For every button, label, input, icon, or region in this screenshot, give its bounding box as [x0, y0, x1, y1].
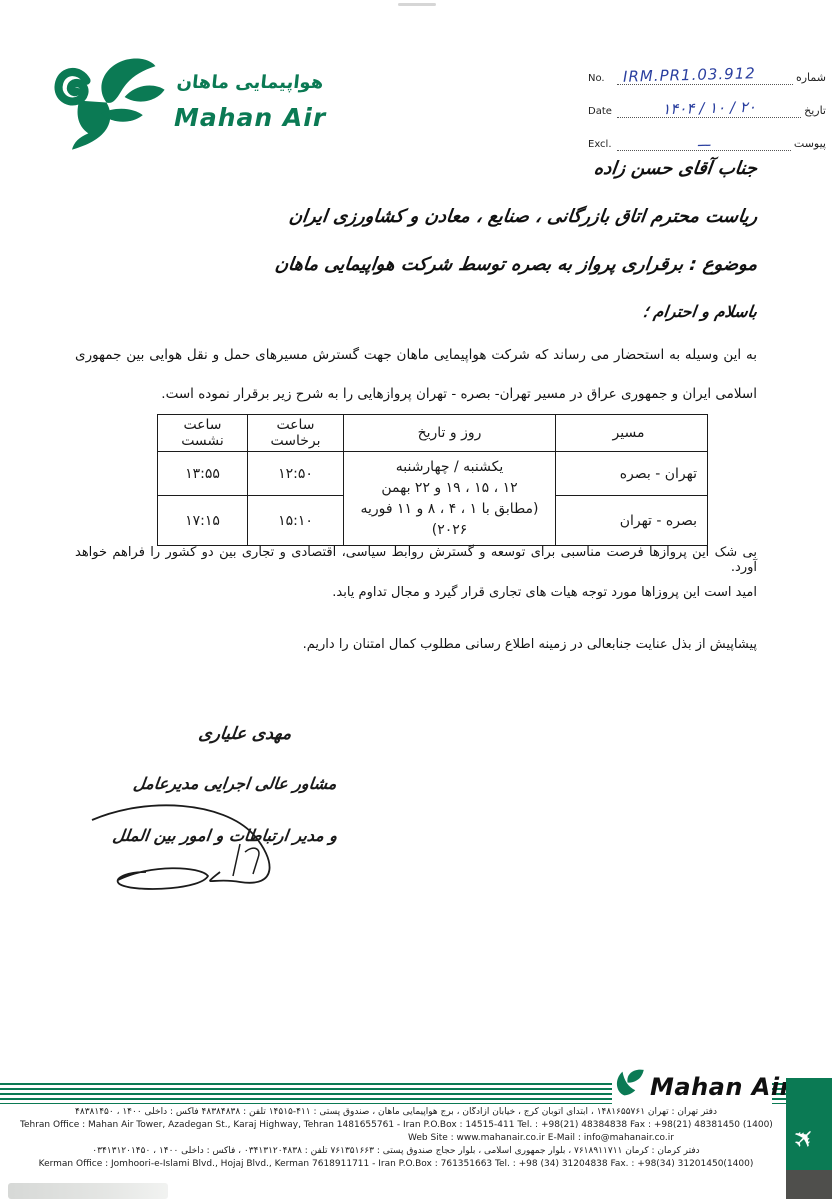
ref-date-line: ۲۰ / ۱۰ / ۱۴۰۴ [617, 98, 801, 118]
day-date-line: (مطابق با ۱ ، ۴ ، ۸ و ۱۱ فوریه ۲۰۲۶) [350, 499, 549, 541]
ref-number-label-en: No. [588, 73, 614, 85]
reference-block: No. IRM.PR1.03.912 شماره Date ۲۰ / ۱۰ / … [588, 52, 826, 151]
ref-attachment-line: ـــ [617, 131, 791, 151]
header-day-date: روز و تاریخ [344, 415, 556, 452]
day-date-line: ۱۲ ، ۱۵ ، ۱۹ و ۲۲ بهمن [350, 478, 549, 499]
recipient-name: جناب آقای حسن زاده [593, 158, 759, 179]
footer-tehran-office-en: Tehran Office : Mahan Air Tower, Azadega… [20, 1120, 772, 1130]
body-paragraph-4: پیشاپیش از بذل عنایت جنابعالی در زمینه ا… [75, 637, 757, 652]
header-departure: ساعت برخاست [248, 415, 344, 452]
ref-number-label-fa: شماره [796, 71, 826, 85]
header-arrival: ساعت نشست [158, 415, 248, 452]
subject-line: موضوع : برقراری پرواز به بصره توسط شرکت … [273, 254, 758, 275]
ref-attachment-label-en: Excl. [588, 139, 614, 151]
recipient-title: ریاست محترم اتاق بازرگانی ، صنایع ، معاد… [287, 206, 758, 227]
footer-stripes-left [0, 1083, 612, 1104]
ref-attachment-row: Excl. ـــ پیوست [588, 118, 826, 151]
body-paragraph-3: امید است این پروزاها مورد توجه هیات های … [75, 585, 757, 600]
footer-logo: Mahan Air [614, 1068, 792, 1103]
body-paragraph-2: بی شک این پروازها فرصت مناسبی برای توسعه… [75, 545, 757, 575]
footer-website-email: Web Site : www.mahanair.co.ir E-Mail : i… [300, 1133, 782, 1143]
signer-title-1: مشاور عالی اجرایی مدیرعامل [99, 774, 371, 793]
footer-brand-name: Mahan Air [650, 1073, 792, 1101]
ref-date-row: Date ۲۰ / ۱۰ / ۱۴۰۴ تاریخ [588, 85, 826, 118]
footer-side-band [786, 1078, 832, 1170]
day-date-cell: یکشنبه / چهارشنبه ۱۲ ، ۱۵ ، ۱۹ و ۲۲ بهمن… [344, 452, 556, 546]
ref-number-value: IRM.PR1.03.912 [623, 64, 756, 85]
day-date-line: یکشنبه / چهارشنبه [350, 457, 549, 478]
logo-text: هواپیمایی ماهان Mahan Air [174, 72, 326, 132]
ref-number-line: IRM.PR1.03.912 [617, 65, 793, 85]
table-header-row: مسیر روز و تاریخ ساعت برخاست ساعت نشست [158, 415, 708, 452]
handwritten-signature [88, 792, 338, 901]
arrival-cell: ۱۷:۱۵ [158, 496, 248, 546]
ref-date-value: ۲۰ / ۱۰ / ۱۴۰۴ [617, 97, 802, 120]
footer-tehran-office-fa: دفتر تهران : تهران ۱۴۸۱۶۵۵۷۶۱ ، ابتدای ا… [20, 1107, 772, 1117]
header-route: مسیر [556, 415, 708, 452]
logo-english-name: Mahan Air [174, 103, 326, 132]
logo-persian-name: هواپیمایی ماهان [173, 72, 327, 93]
signer-name: مهدی علیاری [149, 724, 341, 744]
ref-attachment-value: ـــ [617, 132, 791, 153]
mahan-logo: هواپیمایی ماهان Mahan Air [52, 56, 326, 158]
footer-kerman-office-en: Kerman Office : Jomhoori-e-Islami Blvd.,… [20, 1159, 772, 1169]
mahan-bird-icon-small [614, 1068, 648, 1103]
scan-artifact [398, 3, 436, 6]
departure-cell: ۱۵:۱۰ [248, 496, 344, 546]
scan-smudge [8, 1183, 168, 1199]
departure-cell: ۱۲:۵۰ [248, 452, 344, 496]
ref-date-label-en: Date [588, 106, 614, 118]
ref-attachment-label-fa: پیوست [794, 137, 826, 151]
footer-kerman-office-fa: دفتر کرمان : کرمان ۷۶۱۸۹۱۱۷۱۱ ، بلوار جم… [20, 1146, 772, 1156]
footer-side-band-dark [786, 1170, 832, 1199]
ref-date-label-fa: تاریخ [804, 104, 826, 118]
arrival-cell: ۱۳:۵۵ [158, 452, 248, 496]
route-cell: بصره - تهران [556, 496, 708, 546]
route-cell: تهران - بصره [556, 452, 708, 496]
ref-number-row: No. IRM.PR1.03.912 شماره [588, 52, 826, 85]
salutation: باسلام و احترام ؛ [642, 302, 758, 321]
table-row: تهران - بصره یکشنبه / چهارشنبه ۱۲ ، ۱۵ ،… [158, 452, 708, 496]
letter-page: هواپیمایی ماهان Mahan Air No. IRM.PR1.03… [0, 0, 832, 1199]
mahan-bird-icon [52, 56, 170, 158]
body-paragraph-1: به این وسیله به استحضار می رساند که شرکت… [75, 336, 757, 414]
flight-schedule-table: مسیر روز و تاریخ ساعت برخاست ساعت نشست ت… [157, 414, 708, 546]
